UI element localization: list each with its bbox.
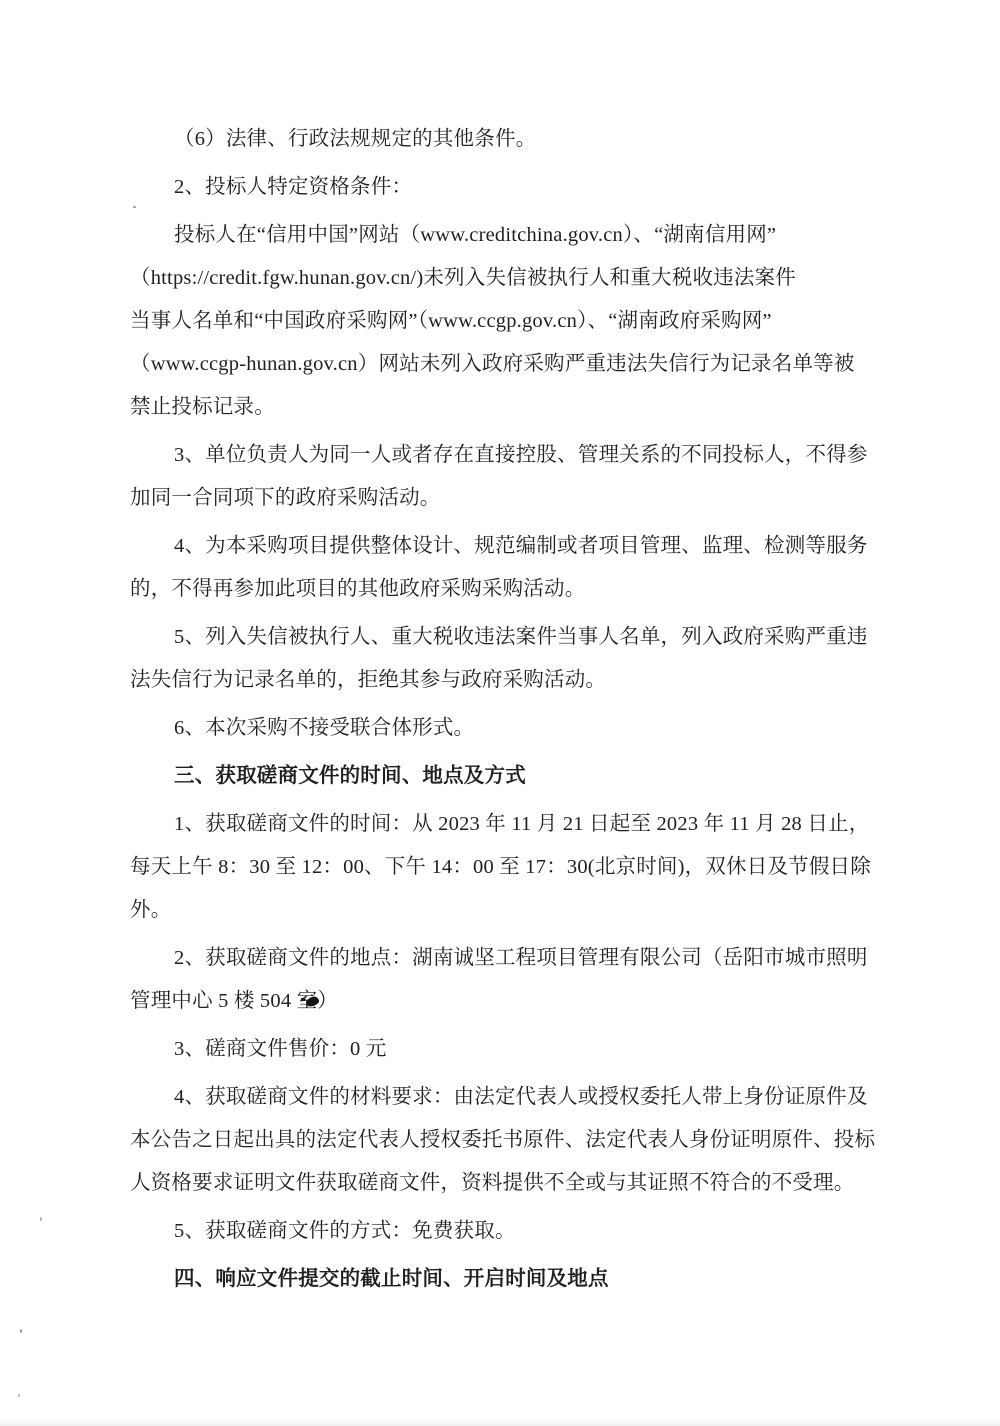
text-line: 的，不得再参加此项目的其他政府采购采购活动。 — [130, 568, 878, 611]
text-line: 每天上午 8：30 至 12：00、下午 14：00 至 17：30(北京时间)… — [130, 846, 878, 889]
page-edge-shadow — [0, 1419, 1000, 1426]
text-line: 人资格要求证明文件获取磋商文件，资料提供不全或与其证照不符合的不受理。 — [130, 1162, 878, 1205]
text-line: 5、列入失信被执行人、重大税收违法案件当事人名单，列入政府采购严重违 — [130, 616, 878, 659]
text-line: （6）法律、行政法规规定的其他条件。 — [130, 118, 878, 161]
text-line: 5、获取磋商文件的方式：免费获取。 — [130, 1210, 878, 1253]
text-line: 投标人在“信用中国”网站（www.creditchina.gov.cn）、“湖南… — [130, 214, 878, 257]
text-line: 本公告之日起出具的法定代表人授权委托书原件、法定代表人身份证明原件、投标 — [130, 1119, 878, 1162]
text-line: 当事人名单和“中国政府采购网”（www.ccgp.gov.cn）、“湖南政府采购… — [130, 300, 878, 343]
text-line: 3、单位负责人为同一人或者存在直接控股、管理关系的不同投标人，不得参 — [130, 434, 878, 477]
text-line: 1、获取磋商文件的时间：从 2023 年 11 月 21 日起至 2023 年 … — [130, 803, 878, 846]
text-line: 加同一合同项下的政府采购活动。 — [130, 477, 878, 520]
document-content: （6）法律、行政法规规定的其他条件。2、投标人特定资格条件：投标人在“信用中国”… — [130, 118, 878, 1301]
text-line: 管理中心 5 楼 504 室） — [130, 980, 878, 1023]
text-line: 法失信行为记录名单的，拒绝其参与政府采购活动。 — [130, 659, 878, 702]
text-line: 4、获取磋商文件的材料要求：由法定代表人或授权委托人带上身份证原件及 — [130, 1076, 878, 1119]
scan-speck — [133, 206, 136, 208]
text-line: 6、本次采购不接受联合体形式。 — [130, 707, 878, 750]
section-heading: 四、响应文件提交的截止时间、开启时间及地点 — [130, 1258, 878, 1301]
document-page: （6）法律、行政法规规定的其他条件。2、投标人特定资格条件：投标人在“信用中国”… — [0, 0, 1000, 1426]
section-heading: 三、获取磋商文件的时间、地点及方式 — [130, 755, 878, 798]
scan-speck — [18, 1394, 20, 1397]
text-line: 2、获取磋商文件的地点：湖南诚坚工程项目管理有限公司（岳阳市城市照明 — [130, 937, 878, 980]
text-line: （www.ccgp-hunan.gov.cn）网站未列入政府采购严重违法失信行为… — [130, 343, 878, 386]
text-line: （https://credit.fgw.hunan.gov.cn/)未列入失信被… — [130, 257, 878, 300]
text-line: 外。 — [130, 889, 878, 932]
text-line: 3、磋商文件售价：0 元 — [130, 1028, 878, 1071]
text-line: 4、为本采购项目提供整体设计、规范编制或者项目管理、监理、检测等服务 — [130, 525, 878, 568]
scan-speck — [40, 1217, 42, 1221]
scan-speck — [20, 1329, 22, 1333]
text-line: 2、投标人特定资格条件： — [130, 166, 878, 209]
text-line: 禁止投标记录。 — [130, 386, 878, 429]
